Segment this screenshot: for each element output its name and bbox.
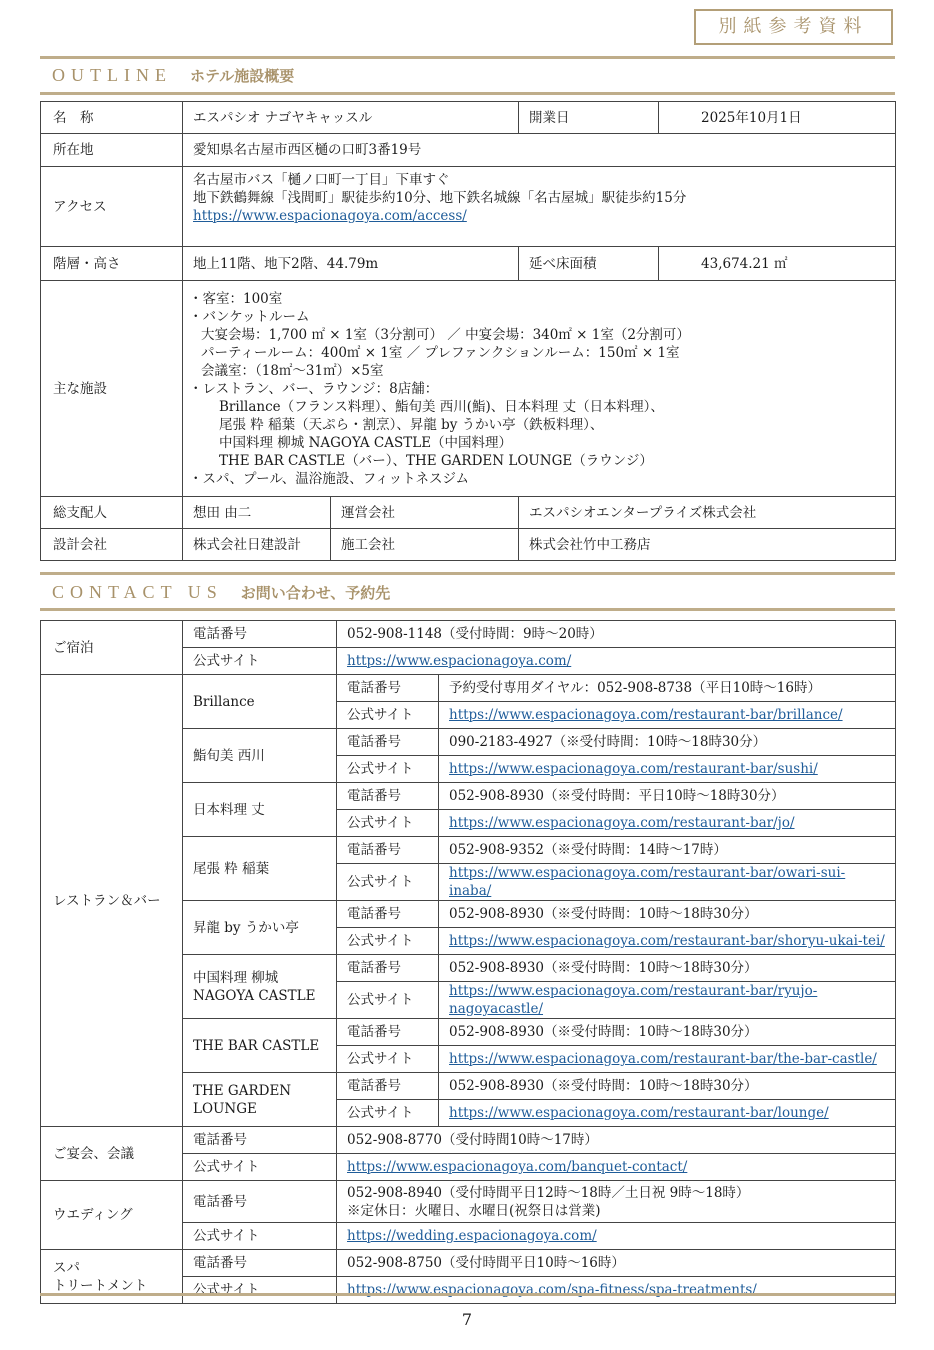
phone-label: 電話番号 bbox=[337, 1019, 439, 1046]
name-value: エスパシオ ナゴヤキャッスル bbox=[183, 102, 519, 134]
restaurant-site-link[interactable]: https://www.espacionagoya.com/restaurant… bbox=[449, 707, 843, 723]
footer-rule bbox=[40, 1293, 895, 1296]
site-label: 公式サイト bbox=[337, 982, 439, 1019]
restaurant-name: THE GARDEN LOUNGE bbox=[183, 1073, 337, 1127]
facility-line: 尾張 粋 稲葉（天ぷら・割烹）、昇龍 by うかい亭（鉄板料理）、 bbox=[189, 416, 885, 434]
restaurant-name: 中国料理 柳城 NAGOYA CASTLE bbox=[183, 955, 337, 1019]
restaurant-name-line: NAGOYA CASTLE bbox=[193, 987, 326, 1005]
phone-label: 電話番号 bbox=[183, 1127, 337, 1154]
restaurant-phone: 052-908-8930（※受付時間：10時〜18時30分） bbox=[439, 955, 896, 982]
phone-label: 電話番号 bbox=[183, 1250, 337, 1277]
outline-section-title: OUTLINEホテル施設概要 bbox=[52, 65, 294, 86]
floors-label: 階層・高さ bbox=[41, 247, 183, 281]
outline-title-en: OUTLINE bbox=[52, 65, 172, 85]
restaurant-phone: 予約受付専用ダイヤル：052-908-8738（平日10時〜16時） bbox=[439, 675, 896, 702]
contact-title-en: CONTACT US bbox=[52, 582, 223, 602]
restaurant-name: 尾張 粋 稲葉 bbox=[183, 837, 337, 901]
wedding-label: ウエディング bbox=[41, 1181, 183, 1250]
facilities-label: 主な施設 bbox=[41, 281, 183, 497]
stay-label: ご宿泊 bbox=[41, 621, 183, 675]
restaurant-name-line: LOUNGE bbox=[193, 1100, 326, 1118]
access-value: 名古屋市バス「樋ノ口町一丁目」下車すぐ 地下鉄鶴舞線「浅間町」駅徒歩約10分、地… bbox=[183, 167, 896, 247]
restaurant-name: 日本料理 丈 bbox=[183, 783, 337, 837]
restaurant-site-link[interactable]: https://www.espacionagoya.com/restaurant… bbox=[449, 865, 845, 899]
site-label: 公式サイト bbox=[183, 1277, 337, 1304]
facility-line: 大宴会場：1,700 ㎡ × 1室（3分割可） ／ 中宴会場：340㎡ × 1室… bbox=[189, 326, 885, 344]
restaurant-site-link[interactable]: https://www.espacionagoya.com/restaurant… bbox=[449, 933, 885, 949]
phone-label: 電話番号 bbox=[337, 1073, 439, 1100]
restaurant-name-line: THE GARDEN bbox=[193, 1082, 326, 1100]
banquet-site-link[interactable]: https://www.espacionagoya.com/banquet-co… bbox=[347, 1159, 687, 1175]
stay-site-link[interactable]: https://www.espacionagoya.com/ bbox=[347, 653, 571, 669]
restaurant-phone: 052-908-9352（※受付時間：14時〜17時） bbox=[439, 837, 896, 864]
table-row: 総支配人 想田 由二 運営会社 エスパシオエンタープライズ株式会社 bbox=[41, 497, 896, 529]
restaurant-phone: 090-2183-4927（※受付時間：10時〜18時30分） bbox=[439, 729, 896, 756]
restaurant-site-link[interactable]: https://www.espacionagoya.com/restaurant… bbox=[449, 761, 818, 777]
access-line: 地下鉄鶴舞線「浅間町」駅徒歩約10分、地下鉄名城線「名古屋城」駅徒歩約15分 bbox=[193, 189, 885, 207]
designer-value: 株式会社日建設計 bbox=[183, 529, 331, 561]
reference-material-badge: 別紙参考資料 bbox=[694, 9, 893, 45]
phone-label: 電話番号 bbox=[337, 901, 439, 928]
outline-title-jp: ホテル施設概要 bbox=[190, 67, 294, 85]
wedding-phone: 052-908-8940（受付時間平日12時〜18時／土日祝 9時〜18時） ※… bbox=[337, 1181, 896, 1223]
restaurant-phone: 052-908-8930（※受付時間：10時〜18時30分） bbox=[439, 1073, 896, 1100]
restaurant-name: THE BAR CASTLE bbox=[183, 1019, 337, 1073]
site-label: 公式サイト bbox=[337, 756, 439, 783]
site-label: 公式サイト bbox=[337, 702, 439, 729]
section-rule-bottom bbox=[40, 608, 895, 611]
restaurant-name: 鮨旬美 西川 bbox=[183, 729, 337, 783]
site-label: 公式サイト bbox=[183, 1223, 337, 1250]
address-label: 所在地 bbox=[41, 134, 183, 167]
restaurant-name: 昇龍 by うかい亭 bbox=[183, 901, 337, 955]
facility-line: ・スパ、プール、温浴施設、フィットネスジム bbox=[189, 470, 885, 488]
table-row: アクセス 名古屋市バス「樋ノ口町一丁目」下車すぐ 地下鉄鶴舞線「浅間町」駅徒歩約… bbox=[41, 167, 896, 247]
table-row: 名 称 エスパシオ ナゴヤキャッスル 開業日 2025年10月1日 bbox=[41, 102, 896, 134]
restaurant-name: Brillance bbox=[183, 675, 337, 729]
restaurant-site-link[interactable]: https://www.espacionagoya.com/restaurant… bbox=[449, 1051, 877, 1067]
restaurant-name-line: 中国料理 柳城 bbox=[193, 969, 326, 987]
restaurant-site-link[interactable]: https://www.espacionagoya.com/restaurant… bbox=[449, 983, 817, 1017]
floors-value: 地上11階、地下2階、44.79m bbox=[183, 247, 519, 281]
restaurant-phone: 052-908-8930（※受付時間：10時〜18時30分） bbox=[439, 1019, 896, 1046]
facility-line: ・レストラン、バー、ラウンジ：8店舗： bbox=[189, 380, 885, 398]
restaurants-label: レストラン＆バー bbox=[41, 675, 183, 1127]
section-rule-bottom bbox=[40, 92, 895, 95]
restaurant-phone: 052-908-8930（※受付時間：平日10時〜18時30分） bbox=[439, 783, 896, 810]
constructor-label: 施工会社 bbox=[331, 529, 519, 561]
restaurant-site-link[interactable]: https://www.espacionagoya.com/restaurant… bbox=[449, 1105, 829, 1121]
name-label: 名 称 bbox=[41, 102, 183, 134]
section-rule-top bbox=[40, 572, 895, 575]
phone-label: 電話番号 bbox=[337, 675, 439, 702]
address-value: 愛知県名古屋市西区樋の口町3番19号 bbox=[183, 134, 896, 167]
operator-value: エスパシオエンタープライズ株式会社 bbox=[519, 497, 896, 529]
table-row: 所在地 愛知県名古屋市西区樋の口町3番19号 bbox=[41, 134, 896, 167]
floor-area-label: 延べ床面積 bbox=[519, 247, 659, 281]
restaurant-site-link[interactable]: https://www.espacionagoya.com/restaurant… bbox=[449, 815, 795, 831]
site-label: 公式サイト bbox=[183, 1154, 337, 1181]
site-label: 公式サイト bbox=[337, 810, 439, 837]
spa-label-line: トリートメント bbox=[53, 1277, 172, 1295]
gm-value: 想田 由二 bbox=[183, 497, 331, 529]
section-rule-top bbox=[40, 56, 895, 59]
banquet-label: ご宴会、会議 bbox=[41, 1127, 183, 1181]
phone-label: 電話番号 bbox=[337, 837, 439, 864]
site-label: 公式サイト bbox=[183, 648, 337, 675]
wedding-phone-line: 052-908-8940（受付時間平日12時〜18時／土日祝 9時〜18時） bbox=[347, 1184, 885, 1202]
gm-label: 総支配人 bbox=[41, 497, 183, 529]
restaurant-phone: 052-908-8930（※受付時間：10時〜18時30分） bbox=[439, 901, 896, 928]
facility-line: ・客室：100室 bbox=[189, 290, 885, 308]
operator-label: 運営会社 bbox=[331, 497, 519, 529]
table-row: 設計会社 株式会社日建設計 施工会社 株式会社竹中工務店 bbox=[41, 529, 896, 561]
facility-line: 中国料理 柳城 NAGOYA CASTLE（中国料理） bbox=[189, 434, 885, 452]
access-line: 名古屋市バス「樋ノ口町一丁目」下車すぐ bbox=[193, 171, 885, 189]
opening-date-label: 開業日 bbox=[519, 102, 659, 134]
phone-label: 電話番号 bbox=[183, 1181, 337, 1223]
facility-line: THE BAR CASTLE（バー）、THE GARDEN LOUNGE（ラウン… bbox=[189, 452, 885, 470]
contact-title-jp: お問い合わせ、予約先 bbox=[241, 584, 391, 602]
spa-phone: 052-908-8750（受付時間平日10時〜16時） bbox=[337, 1250, 896, 1277]
wedding-site-link[interactable]: https://wedding.espacionagoya.com/ bbox=[347, 1228, 597, 1244]
facilities-value: ・客室：100室 ・バンケットルーム 大宴会場：1,700 ㎡ × 1室（3分割… bbox=[183, 281, 896, 497]
access-label: アクセス bbox=[41, 167, 183, 247]
facility-line: パーティールーム：400㎡ × 1室 ／ プレファンクションルーム：150㎡ ×… bbox=[189, 344, 885, 362]
phone-label: 電話番号 bbox=[337, 729, 439, 756]
contact-table: ご宿泊 電話番号 052-908-1148（受付時間：9時〜20時） 公式サイト… bbox=[40, 620, 896, 1304]
phone-label: 電話番号 bbox=[337, 955, 439, 982]
site-label: 公式サイト bbox=[337, 928, 439, 955]
site-label: 公式サイト bbox=[337, 864, 439, 901]
constructor-value: 株式会社竹中工務店 bbox=[519, 529, 896, 561]
opening-date-value: 2025年10月1日 bbox=[659, 102, 896, 134]
phone-label: 電話番号 bbox=[183, 621, 337, 648]
designer-label: 設計会社 bbox=[41, 529, 183, 561]
phone-label: 電話番号 bbox=[337, 783, 439, 810]
stay-phone: 052-908-1148（受付時間：9時〜20時） bbox=[337, 621, 896, 648]
page-number: 7 bbox=[0, 1310, 934, 1329]
facility-line: ・バンケットルーム bbox=[189, 308, 885, 326]
outline-table: 名 称 エスパシオ ナゴヤキャッスル 開業日 2025年10月1日 所在地 愛知… bbox=[40, 101, 896, 561]
table-row: 主な施設 ・客室：100室 ・バンケットルーム 大宴会場：1,700 ㎡ × 1… bbox=[41, 281, 896, 497]
site-label: 公式サイト bbox=[337, 1046, 439, 1073]
spa-label-line: スパ bbox=[53, 1259, 172, 1277]
wedding-closed-note: ※定休日：火曜日、水曜日(祝祭日は営業) bbox=[347, 1202, 885, 1220]
facility-line: 会議室：（18㎡〜31㎡）×5室 bbox=[189, 362, 885, 380]
contact-section-title: CONTACT USお問い合わせ、予約先 bbox=[52, 582, 390, 603]
table-row: 階層・高さ 地上11階、地下2階、44.79m 延べ床面積 43,674.21 … bbox=[41, 247, 896, 281]
site-label: 公式サイト bbox=[337, 1100, 439, 1127]
banquet-phone: 052-908-8770（受付時間10時〜17時） bbox=[337, 1127, 896, 1154]
access-link[interactable]: https://www.espacionagoya.com/access/ bbox=[193, 208, 467, 224]
floor-area-value: 43,674.21 ㎡ bbox=[659, 247, 896, 281]
facility-line: Brillance（フランス料理）、鮨旬美 西川(鮨)、日本料理 丈（日本料理）… bbox=[189, 398, 885, 416]
